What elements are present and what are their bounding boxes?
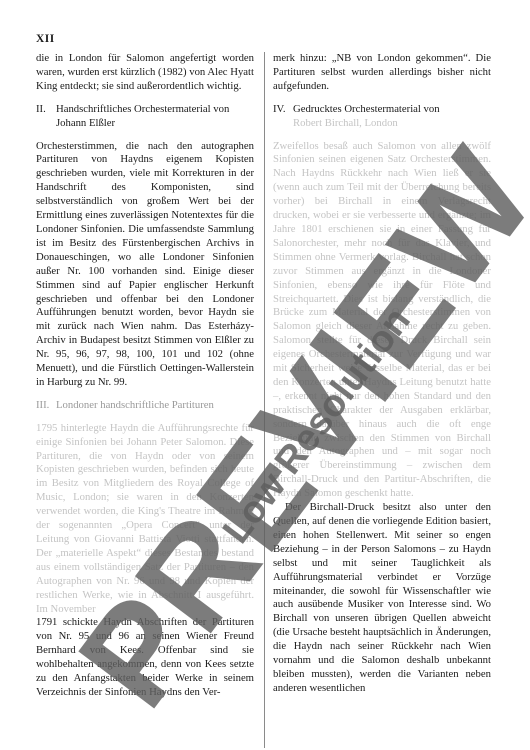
section-heading-iii: III. Londoner handschriftliche Partiture… bbox=[36, 399, 254, 413]
paragraph-continuation: merk hinzu: „NB von London gekommen“. Di… bbox=[273, 52, 491, 94]
section-title-block: Gedrucktes Orchestermaterial von Robert … bbox=[293, 103, 491, 131]
paragraph-section-iv-2: Der Birchall-Druck besitzt also unter de… bbox=[273, 501, 491, 696]
left-column: die in London für Salomon angefertigt wo… bbox=[36, 52, 254, 700]
paragraph-section-iii-faded: 1795 hinterlegte Haydn die Aufführungsre… bbox=[36, 422, 254, 617]
paragraph-section-iv-faded: Zweifellos besaß auch Salomon von allen … bbox=[273, 140, 491, 502]
column-divider bbox=[264, 52, 265, 748]
section-heading-iv: IV. Gedrucktes Orchestermaterial von Rob… bbox=[273, 103, 491, 131]
section-heading-ii: II. Handschriftliches Orchestermaterial … bbox=[36, 103, 254, 131]
right-column: merk hinzu: „NB von London gekommen“. Di… bbox=[273, 52, 491, 696]
section-subtitle: Robert Birchall, London bbox=[293, 117, 398, 129]
section-number: III. bbox=[36, 399, 56, 413]
section-number: IV. bbox=[273, 103, 293, 131]
paragraph-intro: die in London für Salomon angefertigt wo… bbox=[36, 52, 254, 94]
section-title: Londoner handschriftliche Partituren bbox=[56, 399, 254, 413]
paragraph-section-iii-end: 1791 schickte Haydn Abschriften der Part… bbox=[36, 616, 254, 699]
paragraph-section-ii: Orchesterstimmen, die nach den autograph… bbox=[36, 140, 254, 390]
section-number: II. bbox=[36, 103, 56, 131]
section-title: Handschriftliches Orchestermaterial von … bbox=[56, 103, 254, 131]
page-number: XII bbox=[36, 33, 55, 45]
section-title: Gedrucktes Orchestermaterial von bbox=[293, 103, 440, 115]
